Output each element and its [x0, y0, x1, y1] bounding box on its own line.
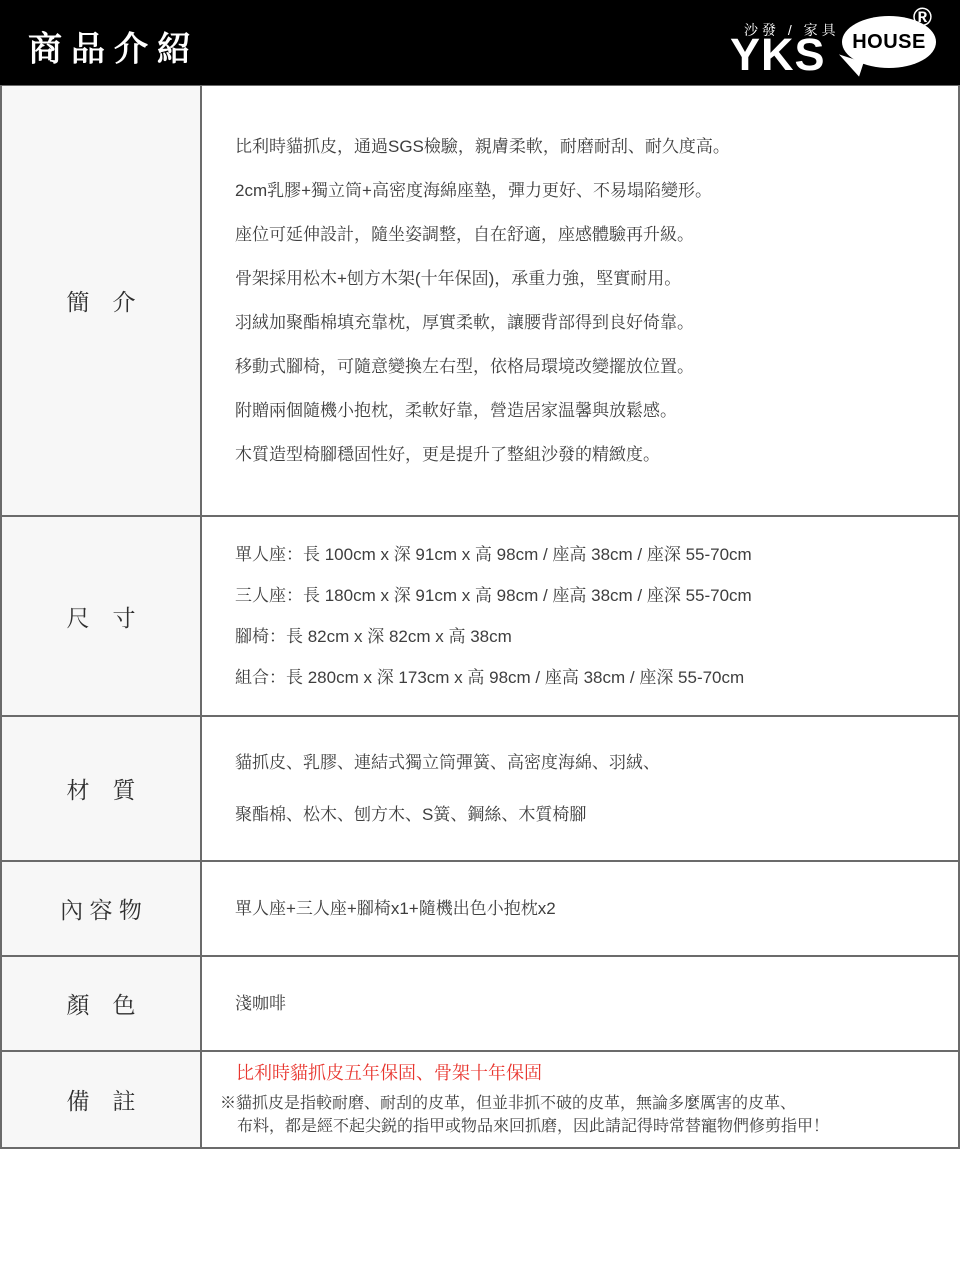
size-line: 組合：長 280cm x 深 173cm x 高 98cm / 座高 38cm …	[235, 666, 938, 689]
intro-line: 羽絨加聚酯棉填充靠枕，厚實柔軟，讓腰背部得到良好倚靠。	[235, 311, 938, 334]
spec-table: 簡 介 比利時貓抓皮，通過SGS檢驗，親膚柔軟，耐磨耐刮、耐久度高。 2cm乳膠…	[0, 85, 960, 1149]
intro-line: 移動式腳椅，可隨意變換左右型，依格局環境改變擺放位置。	[235, 355, 938, 378]
row-label-material: 材 質	[2, 717, 202, 860]
contents-line: 單人座+三人座+腳椅x1+隨機出色小抱枕x2	[235, 897, 938, 920]
product-intro-page: 商品介紹 沙發 / 家具 YKS HOUSE ® 簡 介 比利時貓抓皮，通過SG…	[0, 0, 960, 1284]
size-line: 單人座：長 100cm x 深 91cm x 高 98cm / 座高 38cm …	[235, 543, 938, 566]
intro-line: 骨架採用松木+刨方木架(十年保固)，承重力強，堅實耐用。	[235, 267, 938, 290]
spec-row-contents: 內 容 物 單人座+三人座+腳椅x1+隨機出色小抱枕x2	[2, 862, 958, 957]
row-label-intro: 簡 介	[2, 86, 202, 515]
intro-line: 木質造型椅腳穩固性好，更是提升了整組沙發的精緻度。	[235, 443, 938, 466]
size-line: 腳椅：長 82cm x 深 82cm x 高 38cm	[235, 625, 938, 648]
note-warranty-highlight: 比利時貓抓皮五年保固、骨架十年保固	[236, 1062, 938, 1085]
material-line: 聚酯棉、松木、刨方木、S簧、鋼絲、木質椅腳	[235, 803, 938, 826]
spec-row-size: 尺 寸 單人座：長 100cm x 深 91cm x 高 98cm / 座高 3…	[2, 517, 958, 717]
spec-row-color: 顏 色 淺咖啡	[2, 957, 958, 1052]
note-line: 布料，都是經不起尖鋭的指甲或物品來回抓磨，因此請記得時常替寵物們修剪指甲！	[237, 1115, 938, 1138]
size-line: 三人座：長 180cm x 深 91cm x 高 98cm / 座高 38cm …	[235, 584, 938, 607]
yks-house-logo: 沙發 / 家具 YKS HOUSE ®	[720, 4, 940, 82]
spec-row-note: 備 註 比利時貓抓皮五年保固、骨架十年保固 ※貓抓皮是指較耐磨、耐刮的皮革，但並…	[2, 1052, 958, 1147]
row-content-color: 淺咖啡	[202, 957, 958, 1050]
row-content-size: 單人座：長 100cm x 深 91cm x 高 98cm / 座高 38cm …	[202, 517, 958, 715]
color-line: 淺咖啡	[235, 992, 938, 1015]
row-content-contents: 單人座+三人座+腳椅x1+隨機出色小抱枕x2	[202, 862, 958, 955]
spec-row-material: 材 質 貓抓皮、乳膠、連結式獨立筒彈簧、高密度海綿、羽絨、 聚酯棉、松木、刨方木…	[2, 717, 958, 862]
spec-row-intro: 簡 介 比利時貓抓皮，通過SGS檢驗，親膚柔軟，耐磨耐刮、耐久度高。 2cm乳膠…	[2, 86, 958, 517]
intro-line: 比利時貓抓皮，通過SGS檢驗，親膚柔軟，耐磨耐刮、耐久度高。	[235, 135, 938, 158]
row-content-note: 比利時貓抓皮五年保固、骨架十年保固 ※貓抓皮是指較耐磨、耐刮的皮革，但並非抓不破…	[202, 1052, 958, 1147]
row-label-size: 尺 寸	[2, 517, 202, 715]
note-line: ※貓抓皮是指較耐磨、耐刮的皮革，但並非抓不破的皮革，無論多麼厲害的皮革、	[220, 1092, 938, 1115]
registered-trademark-icon: ®	[913, 2, 932, 33]
row-label-note: 備 註	[2, 1052, 202, 1147]
material-line: 貓抓皮、乳膠、連結式獨立筒彈簧、高密度海綿、羽絨、	[235, 751, 938, 774]
header: 商品介紹 沙發 / 家具 YKS HOUSE ®	[0, 0, 960, 85]
intro-line: 座位可延伸設計，隨坐姿調整，自在舒適，座感體驗再升級。	[235, 223, 938, 246]
row-content-material: 貓抓皮、乳膠、連結式獨立筒彈簧、高密度海綿、羽絨、 聚酯棉、松木、刨方木、S簧、…	[202, 717, 958, 860]
row-content-intro: 比利時貓抓皮，通過SGS檢驗，親膚柔軟，耐磨耐刮、耐久度高。 2cm乳膠+獨立筒…	[202, 86, 958, 515]
intro-line: 附贈兩個隨機小抱枕，柔軟好靠，營造居家温馨與放鬆感。	[235, 399, 938, 422]
row-label-contents: 內 容 物	[2, 862, 202, 955]
logo-brand-text: YKS	[730, 32, 826, 77]
page-title: 商品介紹	[28, 21, 200, 70]
intro-line: 2cm乳膠+獨立筒+高密度海綿座墊，彈力更好、不易塌陷變形。	[235, 179, 938, 202]
row-label-color: 顏 色	[2, 957, 202, 1050]
